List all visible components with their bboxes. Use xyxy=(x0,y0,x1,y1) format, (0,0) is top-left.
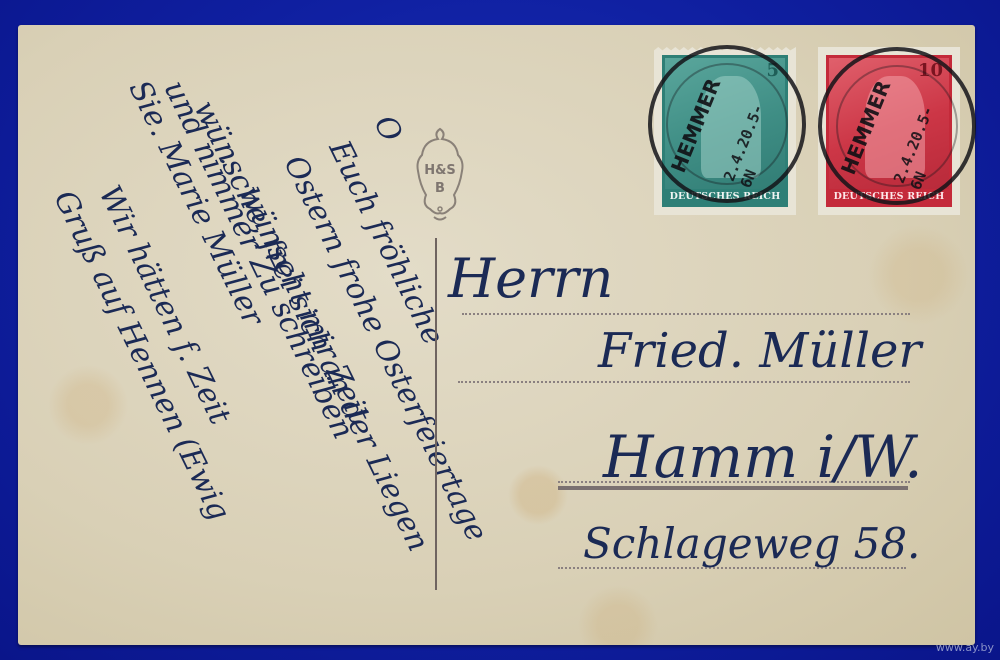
publisher-logo: H&S B xyxy=(413,125,467,227)
address-line-1: Herrn xyxy=(448,247,613,310)
postmark-town: HEMMER xyxy=(666,75,725,176)
logo-text-top: H&S xyxy=(413,163,467,178)
postmark-town: HEMMER xyxy=(836,77,895,178)
postcard: O Euch fröhliche Ostern frohe Osterfeier… xyxy=(18,25,975,645)
address-line-3: Hamm i/W. xyxy=(603,423,923,491)
postmark: HEMMER 2.4.20.5-6N xyxy=(818,47,976,205)
divider-line xyxy=(435,238,437,590)
message-line: O xyxy=(367,110,409,147)
postmark-date: 2.4.20.5-6N xyxy=(890,103,954,193)
handwritten-message: O Euch fröhliche Ostern frohe Osterfeier… xyxy=(38,65,448,645)
address-rule xyxy=(458,381,910,383)
watermark: www.ay.by xyxy=(936,641,994,654)
postmark: HEMMER 2.4.20.5-6N xyxy=(648,45,806,203)
address-rule xyxy=(462,313,910,315)
address-line-2: Fried. Müller xyxy=(598,323,921,379)
logo-text-bottom: B xyxy=(413,181,467,196)
address-line-4: Schlageweg 58. xyxy=(583,519,920,568)
postmark-date: 2.4.20.5-6N xyxy=(720,101,784,191)
